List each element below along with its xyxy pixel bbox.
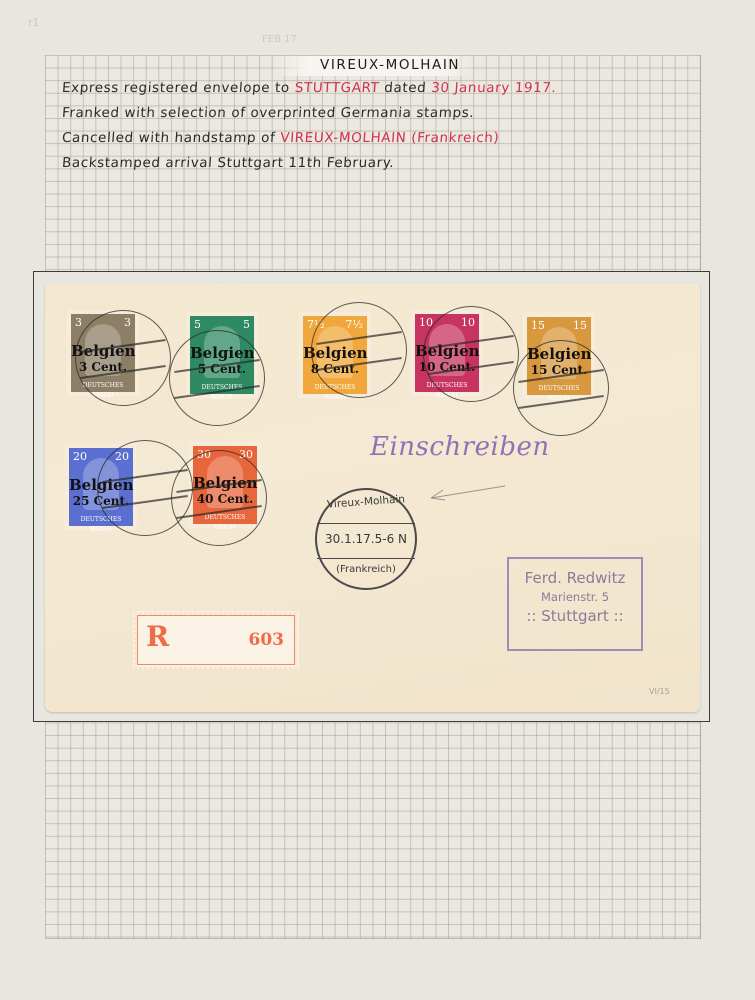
address-street: Marienstr. 5 (509, 590, 641, 604)
note-destination: STUTTGART (294, 80, 380, 96)
vireux-molhain-postmark: Vireux-Molhain 30.1.17.5-6 N (Frankreich… (315, 488, 417, 590)
address-name: Ferd. Redwitz (509, 569, 641, 587)
pencil-note: VI/15 (649, 687, 670, 696)
cancellation-mark (75, 310, 171, 406)
cancellation-mark (513, 340, 609, 436)
stamp-denomination: 5 (243, 318, 250, 331)
postmark-date: 30.1.17.5-6 N (317, 532, 415, 546)
registration-label: R 603 (133, 611, 299, 669)
sender-address-stamp: Ferd. Redwitz Marienstr. 5 :: Stuttgart … (507, 557, 643, 651)
note-line-1: Express registered envelope to STUTTGART… (61, 80, 557, 96)
cancellation-mark (171, 450, 267, 546)
stamp-denomination: 3 (75, 316, 82, 329)
note-text: dated (379, 80, 432, 96)
cancellation-mark (311, 302, 407, 398)
envelope: 33Belgien3 Cent.DEUTSCHES REICH 55Belgie… (45, 284, 700, 712)
page-title: VIREUX-MOLHAIN (320, 57, 460, 73)
note-text: Express registered envelope to (61, 80, 295, 96)
stamp-denomination: 5 (194, 318, 201, 331)
page-corner-mark: r1 (28, 16, 40, 29)
note-line-3: Cancelled with handstamp of VIREUX-MOLHA… (61, 130, 499, 146)
pencil-arrow-icon (427, 484, 507, 504)
stamp-denomination: 20 (73, 450, 87, 463)
postmark-town: Vireux-Molhain (317, 493, 416, 512)
registration-letter: R (146, 620, 169, 653)
registration-label-border: R 603 (137, 615, 295, 665)
stamp-denomination: 15 (531, 319, 545, 332)
note-text: Cancelled with handstamp of (61, 130, 280, 146)
note-line-2: Franked with selection of overprinted Ge… (61, 105, 474, 121)
cancellation-mark (169, 330, 265, 426)
stamp-denomination: 15 (573, 319, 587, 332)
einschreiben-handstamp: Einschreiben (370, 432, 550, 462)
postmark-country: (Frankreich) (317, 564, 415, 575)
address-city: :: Stuttgart :: (509, 607, 641, 625)
cancellation-mark (423, 306, 519, 402)
registration-number: 603 (249, 630, 285, 650)
note-cancel-place: VIREUX-MOLHAIN (Frankreich) (280, 130, 500, 146)
note-line-4: Backstamped arrival Stuttgart 11th Febru… (61, 155, 394, 171)
faint-page-mark: FEB 17 (262, 34, 297, 45)
note-date: 30 January 1917. (431, 80, 557, 96)
